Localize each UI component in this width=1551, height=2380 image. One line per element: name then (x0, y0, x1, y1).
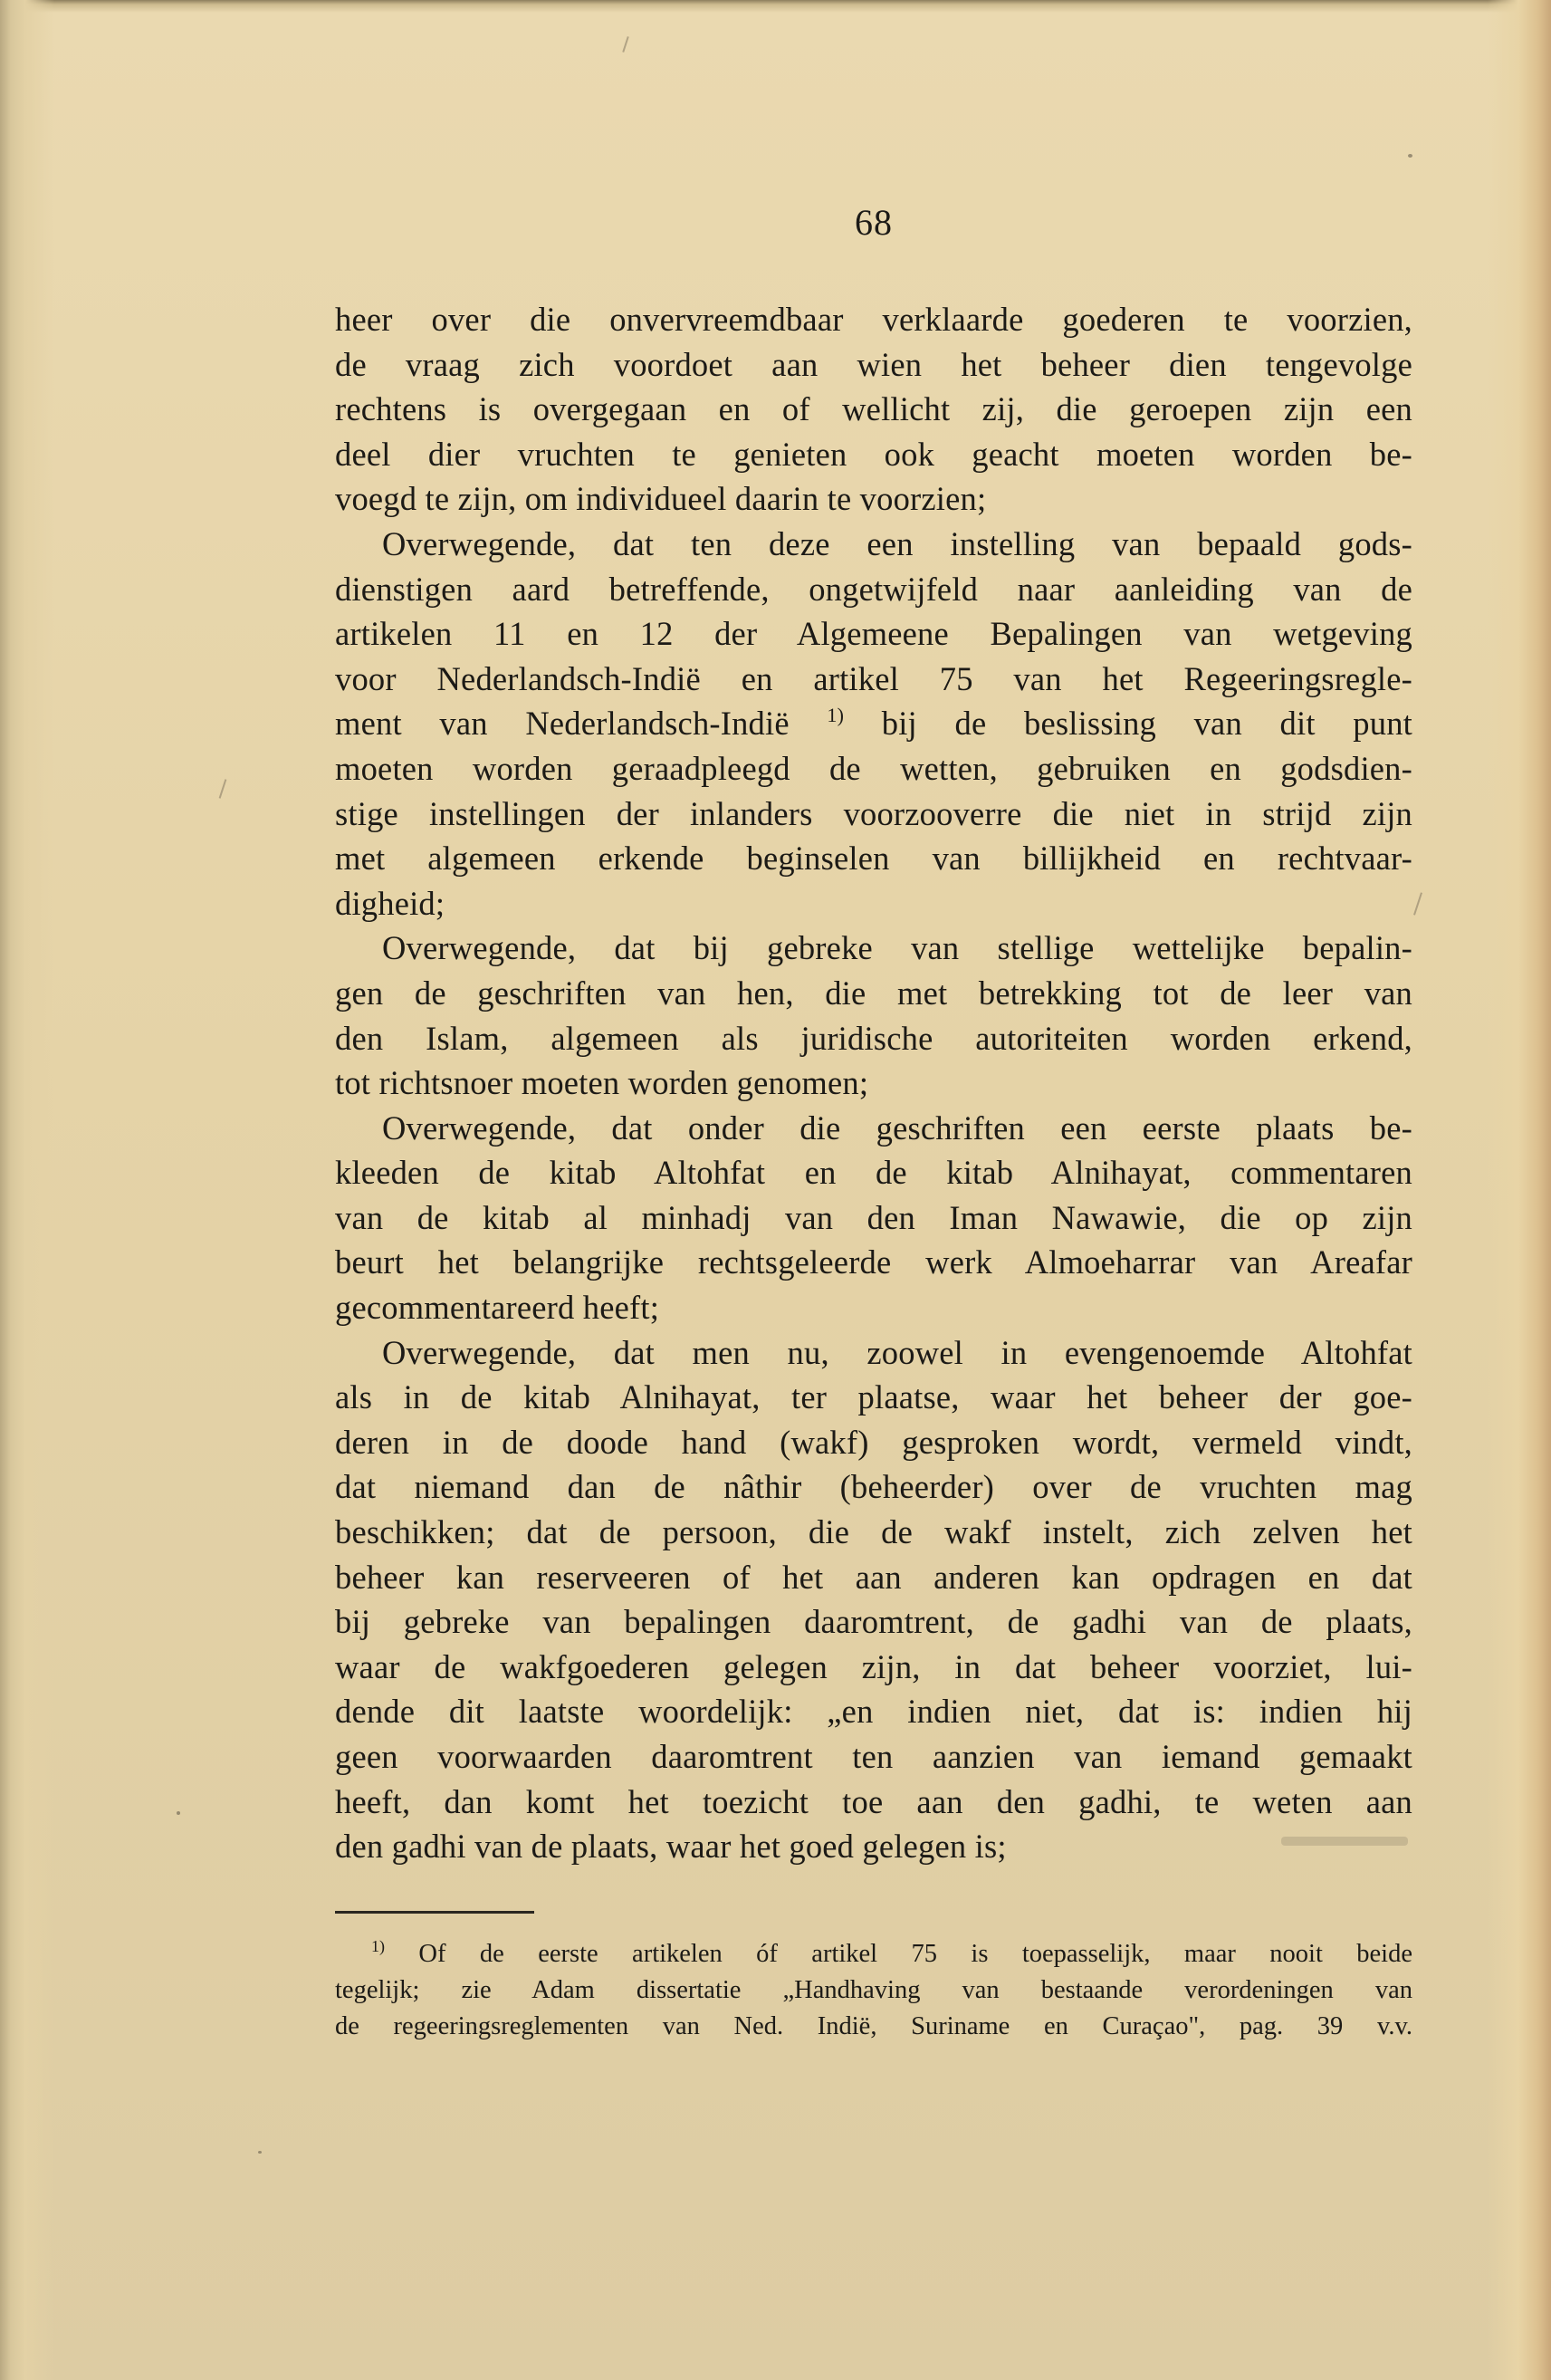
footnote-reference[interactable]: 1) (827, 704, 844, 726)
text-line: den Islam, algemeen als juridische autor… (335, 1016, 1412, 1061)
footnote-line: tegelijk; zie Adam dissertatie „Handhavi… (335, 1972, 1412, 2009)
text-line: rechtens is overgegaan en of wellicht zi… (335, 387, 1412, 432)
text-line: de vraag zich voordoet aan wien het behe… (335, 342, 1412, 388)
text-line: beheer kan reserveeren of het aan andere… (335, 1555, 1412, 1600)
paragraph-start-line: Overwegende, dat ten deze een instelling… (335, 522, 1412, 567)
text-line: heer over die onvervreemdbaar verklaarde… (335, 297, 1412, 342)
text-line: bij gebreke van bepalingen daaromtrent, … (335, 1599, 1412, 1645)
text-line: den gadhi van de plaats, waar het goed g… (335, 1824, 1412, 1869)
footnote-separator (335, 1911, 534, 1914)
text-line: met algemeen erkende beginselen van bill… (335, 836, 1412, 881)
paragraph-start-line: Overwegende, dat onder die geschriften e… (335, 1106, 1412, 1151)
text-line: kleeden de kitab Altohfat en de kitab Al… (335, 1150, 1412, 1195)
body-text: heer over die onvervreemdbaar verklaarde… (335, 297, 1412, 1869)
text-line: dat niemand dan de nâthir (beheerder) ov… (335, 1464, 1412, 1510)
footnotes: 1) Of de eerste artikelen óf artikel 75 … (335, 1936, 1412, 2045)
text-line: dienstigen aard betreffende, ongetwijfel… (335, 567, 1412, 612)
print-smudge (1281, 1837, 1408, 1846)
text-line-with-footnote-ref: ment van Nederlandsch-Indië 1) bij de be… (335, 701, 1412, 746)
paragraph-start-line: Overwegende, dat bij gebreke van stellig… (335, 926, 1412, 971)
line-text: ment van Nederlandsch-Indië (335, 705, 827, 742)
text-line: beschikken; dat de persoon, die de wakf … (335, 1510, 1412, 1555)
scan-speck (177, 1811, 180, 1815)
text-line: gecommentareerd heeft; (335, 1285, 1412, 1330)
text-line: voegd te zijn, om individueel daarin te … (335, 476, 1412, 522)
text-line: artikelen 11 en 12 der Algemeene Bepalin… (335, 611, 1412, 657)
text-line: moeten worden geraadpleegd de wetten, ge… (335, 746, 1412, 792)
text-line: als in de kitab Alnihayat, ter plaatse, … (335, 1375, 1412, 1420)
text-line: deel dier vruchten te genieten ook geach… (335, 432, 1412, 477)
scan-speck (1408, 154, 1412, 158)
text-line: stige instellingen der inlanders voorzoo… (335, 792, 1412, 837)
text-line: tot richtsnoer moeten worden genomen; (335, 1060, 1412, 1106)
text-line: heeft, dan komt het toezicht toe aan den… (335, 1780, 1412, 1825)
paragraph-start-line: Overwegende, dat men nu, zoowel in eveng… (335, 1330, 1412, 1376)
line-text: bij de beslissing van dit punt (844, 705, 1412, 742)
text-line: geen voorwaarden daaromtrent ten aanzien… (335, 1734, 1412, 1780)
footnote-text: Of de eerste artikelen óf artikel 75 is … (385, 1940, 1412, 1968)
footnote-line: 1) Of de eerste artikelen óf artikel 75 … (335, 1936, 1412, 1972)
text-line: digheid; (335, 881, 1412, 926)
text-line: waar de wakfgoederen gelegen zijn, in da… (335, 1645, 1412, 1690)
footnote-line: de regeeringsreglementen van Ned. Indië,… (335, 2009, 1412, 2045)
page-number: 68 (335, 201, 1412, 244)
text-line: beurt het belangrijke rechtsgeleerde wer… (335, 1240, 1412, 1285)
footnote-marker: 1) (371, 1937, 385, 1955)
scan-speck (258, 2151, 262, 2154)
text-line: dende dit laatste woordelijk: „en indien… (335, 1689, 1412, 1734)
text-line: deren in de doode hand (wakf) gesproken … (335, 1420, 1412, 1465)
text-line: gen de geschriften van hen, die met betr… (335, 971, 1412, 1016)
text-line: van de kitab al minhadj van den Iman Naw… (335, 1195, 1412, 1241)
text-line: voor Nederlandsch-Indië en artikel 75 va… (335, 657, 1412, 702)
